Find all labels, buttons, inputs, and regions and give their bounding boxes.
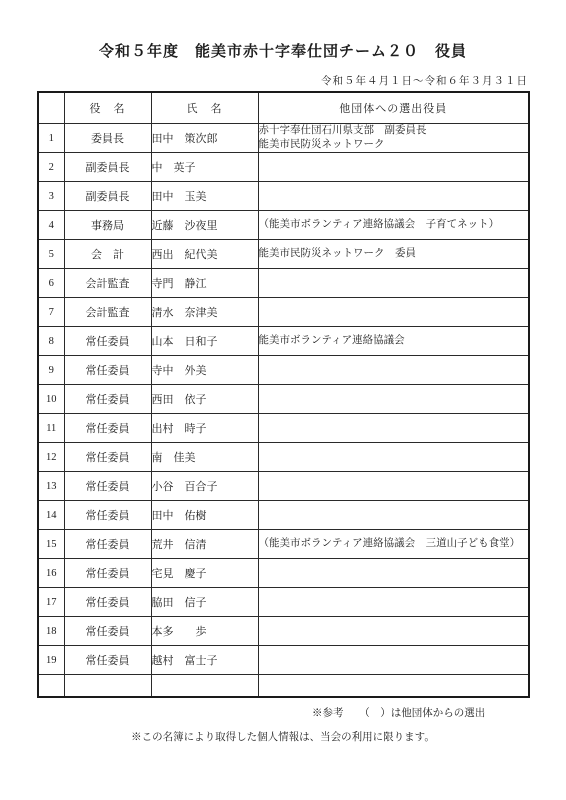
role-cell: 常任委員 [64, 559, 151, 588]
table-row: 10 常任委員 西田 依子 [38, 385, 529, 414]
header-name: 氏 名 [151, 92, 258, 124]
row-number: 11 [38, 414, 64, 443]
row-number: 1 [38, 124, 64, 153]
row-number: 13 [38, 472, 64, 501]
table-row: 12 常任委員 南 佳美 [38, 443, 529, 472]
role-cell: 委員長 [64, 124, 151, 153]
row-number: 14 [38, 501, 64, 530]
role-cell: 常任委員 [64, 356, 151, 385]
term-date-range: 令和５年４月１日～令和６年３月３１日 [0, 73, 528, 88]
footnote-reference: ※参考 （ ）は他団体からの選出 [312, 705, 566, 720]
name-cell: 清水 奈津美 [151, 298, 258, 327]
table-row: 5 会 計 西出 紀代美 能美市民防災ネットワーク 委員 [38, 240, 529, 269]
name-cell: 小谷 百合子 [151, 472, 258, 501]
row-number: 15 [38, 530, 64, 559]
role-cell: 会 計 [64, 240, 151, 269]
table-row: 1 委員長 田中 策次郎 赤十字奉仕団石川県支部 副委員長 能美市民防災ネットワ… [38, 124, 529, 153]
row-number: 17 [38, 588, 64, 617]
other-org-cell: （能美市ボランティア連絡協議会 子育てネット） [258, 211, 529, 240]
header-other-org: 他団体への選出役員 [258, 92, 529, 124]
footnote-privacy: ※この名簿により取得した個人情報は、当会の利用に限ります。 [0, 729, 566, 744]
row-number: 8 [38, 327, 64, 356]
role-cell: 常任委員 [64, 646, 151, 675]
table-row: 2 副委員長 中 英子 [38, 153, 529, 182]
other-org-cell: 赤十字奉仕団石川県支部 副委員長 能美市民防災ネットワーク [258, 124, 529, 153]
other-org-cell [258, 617, 529, 646]
role-cell: 常任委員 [64, 327, 151, 356]
table-row: 14 常任委員 田中 佑樹 [38, 501, 529, 530]
table-row: 13 常任委員 小谷 百合子 [38, 472, 529, 501]
role-cell: 常任委員 [64, 617, 151, 646]
role-cell: 常任委員 [64, 588, 151, 617]
table-header: 役 名 氏 名 他団体への選出役員 [38, 92, 529, 124]
officer-roster-table: 役 名 氏 名 他団体への選出役員 1 委員長 田中 策次郎 赤十字奉仕団石川県… [37, 91, 530, 698]
other-org-cell [258, 414, 529, 443]
table-row: 3 副委員長 田中 玉美 [38, 182, 529, 211]
name-cell: 西出 紀代美 [151, 240, 258, 269]
other-org-cell: （能美市ボランティア連絡協議会 三道山子ども食堂） [258, 530, 529, 559]
row-number: 3 [38, 182, 64, 211]
other-org-cell [258, 588, 529, 617]
table-row: 6 会計監査 寺門 静江 [38, 269, 529, 298]
row-number: 18 [38, 617, 64, 646]
row-number: 6 [38, 269, 64, 298]
row-number: 9 [38, 356, 64, 385]
other-org-cell [258, 153, 529, 182]
name-cell: 荒井 信清 [151, 530, 258, 559]
header-number [38, 92, 64, 124]
officer-table-body: 1 委員長 田中 策次郎 赤十字奉仕団石川県支部 副委員長 能美市民防災ネットワ… [38, 124, 529, 697]
role-cell [64, 675, 151, 697]
row-number: 7 [38, 298, 64, 327]
row-number: 12 [38, 443, 64, 472]
header-row: 役 名 氏 名 他団体への選出役員 [38, 92, 529, 124]
role-cell: 副委員長 [64, 182, 151, 211]
role-cell: 事務局 [64, 211, 151, 240]
other-org-cell [258, 298, 529, 327]
name-cell: 本多 歩 [151, 617, 258, 646]
table-row: 17 常任委員 脇田 信子 [38, 588, 529, 617]
table-row: 15 常任委員 荒井 信清 （能美市ボランティア連絡協議会 三道山子ども食堂） [38, 530, 529, 559]
role-cell: 常任委員 [64, 472, 151, 501]
name-cell: 寺門 静江 [151, 269, 258, 298]
row-number [38, 675, 64, 697]
table-row: 19 常任委員 越村 富士子 [38, 646, 529, 675]
table-row [38, 675, 529, 697]
row-number: 2 [38, 153, 64, 182]
page-title: 令和５年度 能美市赤十字奉仕団チーム２０ 役員 [0, 40, 566, 61]
name-cell: 脇田 信子 [151, 588, 258, 617]
other-org-cell [258, 559, 529, 588]
role-cell: 会計監査 [64, 269, 151, 298]
row-number: 16 [38, 559, 64, 588]
name-cell: 越村 富士子 [151, 646, 258, 675]
other-org-cell [258, 385, 529, 414]
role-cell: 常任委員 [64, 443, 151, 472]
table-row: 16 常任委員 宅見 慶子 [38, 559, 529, 588]
name-cell: 出村 時子 [151, 414, 258, 443]
table-row: 11 常任委員 出村 時子 [38, 414, 529, 443]
name-cell: 近藤 沙夜里 [151, 211, 258, 240]
role-cell: 常任委員 [64, 385, 151, 414]
role-cell: 副委員長 [64, 153, 151, 182]
row-number: 5 [38, 240, 64, 269]
other-org-cell [258, 675, 529, 697]
table-row: 4 事務局 近藤 沙夜里 （能美市ボランティア連絡協議会 子育てネット） [38, 211, 529, 240]
table-row: 8 常任委員 山本 日和子 能美市ボランティア連絡協議会 [38, 327, 529, 356]
other-org-cell [258, 501, 529, 530]
row-number: 10 [38, 385, 64, 414]
other-org-cell [258, 646, 529, 675]
name-cell: 田中 佑樹 [151, 501, 258, 530]
name-cell: 西田 依子 [151, 385, 258, 414]
header-role: 役 名 [64, 92, 151, 124]
other-org-cell [258, 269, 529, 298]
name-cell: 田中 策次郎 [151, 124, 258, 153]
name-cell: 南 佳美 [151, 443, 258, 472]
role-cell: 常任委員 [64, 414, 151, 443]
name-cell: 田中 玉美 [151, 182, 258, 211]
name-cell [151, 675, 258, 697]
table-row: 18 常任委員 本多 歩 [38, 617, 529, 646]
other-org-cell [258, 356, 529, 385]
name-cell: 宅見 慶子 [151, 559, 258, 588]
other-org-cell: 能美市民防災ネットワーク 委員 [258, 240, 529, 269]
role-cell: 会計監査 [64, 298, 151, 327]
name-cell: 中 英子 [151, 153, 258, 182]
table-row: 7 会計監査 清水 奈津美 [38, 298, 529, 327]
row-number: 4 [38, 211, 64, 240]
name-cell: 寺中 外美 [151, 356, 258, 385]
table-row: 9 常任委員 寺中 外美 [38, 356, 529, 385]
other-org-cell: 能美市ボランティア連絡協議会 [258, 327, 529, 356]
other-org-cell [258, 472, 529, 501]
name-cell: 山本 日和子 [151, 327, 258, 356]
role-cell: 常任委員 [64, 501, 151, 530]
role-cell: 常任委員 [64, 530, 151, 559]
other-org-cell [258, 182, 529, 211]
row-number: 19 [38, 646, 64, 675]
other-org-cell [258, 443, 529, 472]
